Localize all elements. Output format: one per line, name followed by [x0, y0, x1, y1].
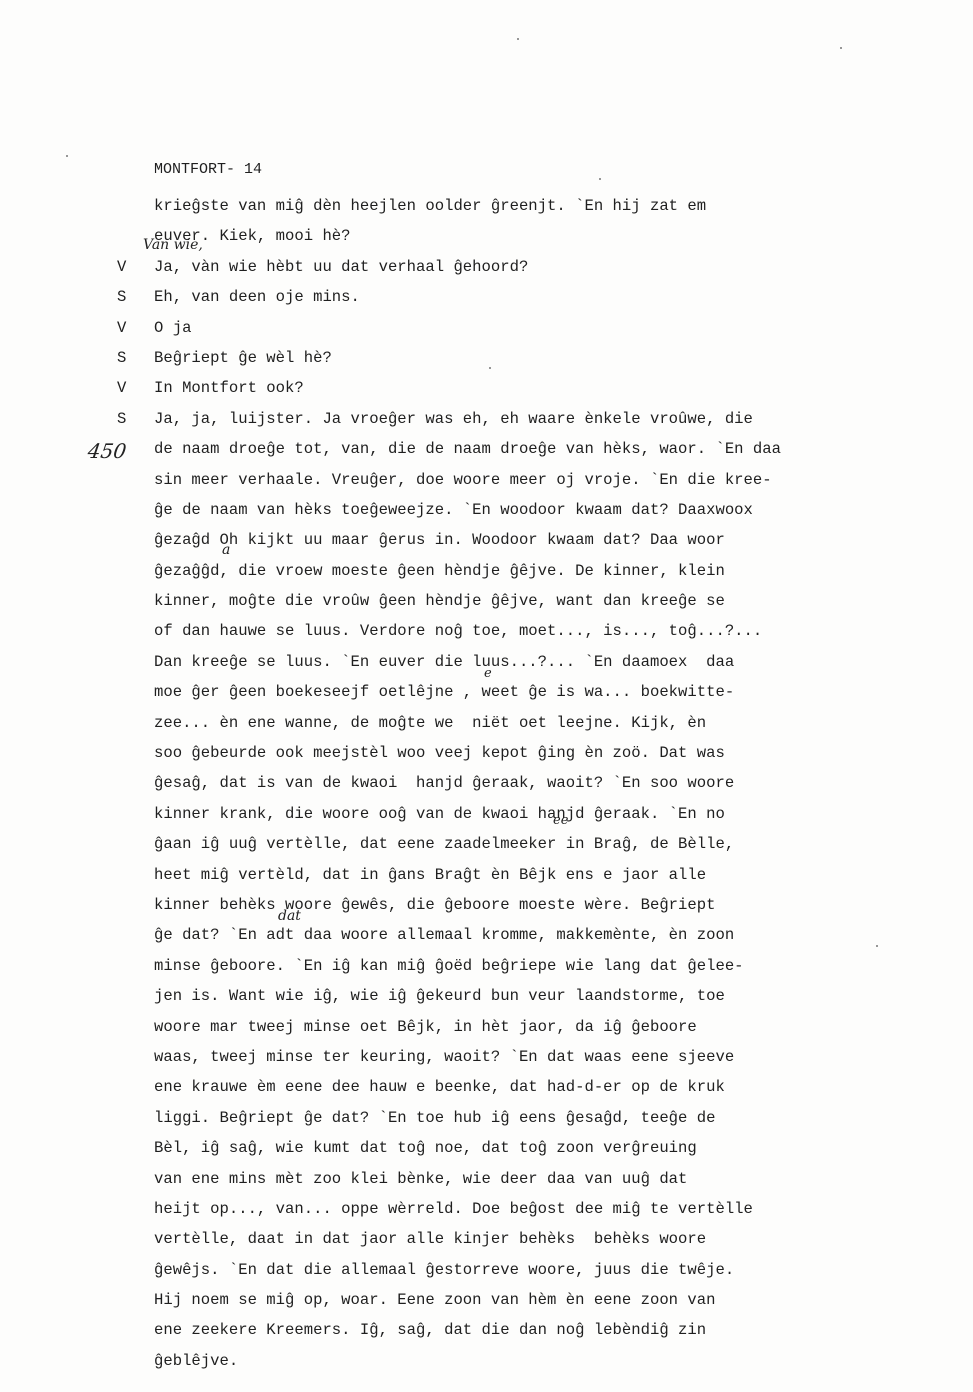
speaker-label: V [117, 373, 126, 403]
line-text: ĝezaĝd Oh kijkt uu maar ĝerus in. Woodoo… [154, 525, 725, 555]
transcript-line: waas, tweej minse ter keuring, waoit? `E… [0, 1042, 973, 1072]
line-text: ĝe dat? `En adt daa woore allemaal kromm… [154, 920, 734, 950]
transcript-line: SJa, ja, luijster. Ja vroeĝer was eh, eh… [0, 404, 973, 434]
transcript-line: Dan kreeĝe se luus. `En euver die luus..… [0, 647, 973, 677]
transcript-line: Hij noem se miĝ op, woar. Eene zoon van … [0, 1285, 973, 1315]
transcript-line: VIn Montfort ook? [0, 373, 973, 403]
line-text: euver. Kiek, mooi hè? [154, 221, 351, 251]
line-text: Beĝriept ĝe wèl hè? [154, 343, 332, 373]
transcript-line: ĝaan iĝ uuĝ vertèlle, dat eene zaadelmee… [0, 829, 973, 859]
transcript-line: ene krauwe èm eene dee hauw e beenke, da… [0, 1072, 973, 1102]
speaker-label: S [117, 282, 126, 312]
transcript-line: soo ĝebeurde ook meejstèl woo veej kepot… [0, 738, 973, 768]
transcript-line: heet miĝ vertèld, dat in ĝans Braĝt èn B… [0, 860, 973, 890]
transcript-line: jen is. Want wie iĝ, wie iĝ ĝekeurd bun … [0, 981, 973, 1011]
page-header: MONTFORT- 14 [154, 161, 262, 178]
paper-speck [489, 367, 491, 369]
transcript-line: zee... èn ene wanne, de moĝte we niët oe… [0, 708, 973, 738]
line-text: Eh, van deen oje mins. [154, 282, 360, 312]
line-text: In Montfort ook? [154, 373, 304, 403]
line-text: ĝesaĝ, dat is van de kwaoi hanjd ĝeraak,… [154, 768, 734, 798]
transcript-line: VJa, vàn wie hèbt uu dat verhaal ĝehoord… [0, 252, 973, 282]
line-text: O ja [154, 313, 191, 343]
line-text: moe ĝer ĝeen boekeseejf oetlêjne , weet … [154, 677, 734, 707]
transcript-line: ĝeblêjve. [0, 1346, 973, 1376]
transcript-line: kinner behèks woore ĝewês, die ĝeboore m… [0, 890, 973, 920]
speaker-label: S [117, 343, 126, 373]
speaker-label: V [117, 313, 126, 343]
line-text: waas, tweej minse ter keuring, waoit? `E… [154, 1042, 734, 1072]
transcript-line: vertèlle, daat in dat jaor alle kinjer b… [0, 1224, 973, 1254]
line-text: ĝaan iĝ uuĝ vertèlle, dat eene zaadelmee… [154, 829, 734, 859]
typewritten-page: MONTFORT- 14 450 Van wie, a e ee dat kri… [0, 0, 973, 1392]
line-text: woore mar tweej minse oet Bêjk, in hèt j… [154, 1012, 697, 1042]
paper-speck [876, 945, 878, 947]
transcript-line: de naam droeĝe tot, van, die de naam dro… [0, 434, 973, 464]
line-text: ĝeblêjve. [154, 1346, 238, 1376]
transcript-line: sin meer verhaale. Vreuĝer, doe woore me… [0, 465, 973, 495]
transcript-line: ĝewêjs. `En dat die allemaal ĝestorreve … [0, 1255, 973, 1285]
line-text: kinner, moĝte die vroûw ĝeen hèndje ĝêjv… [154, 586, 725, 616]
line-text: of dan hauwe se luus. Verdore noĝ toe, m… [154, 616, 762, 646]
line-text: de naam droeĝe tot, van, die de naam dro… [154, 434, 781, 464]
transcript-line: ĝesaĝ, dat is van de kwaoi hanjd ĝeraak,… [0, 768, 973, 798]
transcript-line: kinner krank, die woore ooĝ van de kwaoi… [0, 799, 973, 829]
line-text: kinner krank, die woore ooĝ van de kwaoi… [154, 799, 725, 829]
transcript-line: woore mar tweej minse oet Bêjk, in hèt j… [0, 1012, 973, 1042]
transcript-line: VO ja [0, 313, 973, 343]
transcript-line: SBeĝriept ĝe wèl hè? [0, 343, 973, 373]
transcript-line: ĝezaĝĝd, die vroew moeste ĝeen hèndje ĝê… [0, 556, 973, 586]
transcript-line: ĝe dat? `En adt daa woore allemaal kromm… [0, 920, 973, 950]
transcript-line: kinner, moĝte die vroûw ĝeen hèndje ĝêjv… [0, 586, 973, 616]
line-text: krieĝste van miĝ dèn heejlen oolder ĝree… [154, 191, 706, 221]
transcript-line: minse ĝeboore. `En iĝ kan miĝ ĝoëd beĝri… [0, 951, 973, 981]
transcript-line: moe ĝer ĝeen boekeseejf oetlêjne , weet … [0, 677, 973, 707]
paper-speck [517, 38, 519, 40]
line-text: jen is. Want wie iĝ, wie iĝ ĝekeurd bun … [154, 981, 725, 1011]
transcript-line: SEh, van deen oje mins. [0, 282, 973, 312]
speaker-label: S [117, 404, 126, 434]
line-text: ĝe de naam van hèks toeĝeweejze. `En woo… [154, 495, 753, 525]
line-text: ene zeekere Kreemers. Iĝ, saĝ, dat die d… [154, 1315, 706, 1345]
line-text: ĝezaĝĝd, die vroew moeste ĝeen hèndje ĝê… [154, 556, 725, 586]
line-text: ene krauwe èm eene dee hauw e beenke, da… [154, 1072, 725, 1102]
transcript-line: ĝe de naam van hèks toeĝeweejze. `En woo… [0, 495, 973, 525]
line-text: heijt op..., van... oppe wèrreld. Doe be… [154, 1194, 753, 1224]
transcript-line: van ene mins mèt zoo klei bènke, wie dee… [0, 1164, 973, 1194]
line-text: Ja, vàn wie hèbt uu dat verhaal ĝehoord? [154, 252, 528, 282]
transcript-line: ĝezaĝd Oh kijkt uu maar ĝerus in. Woodoo… [0, 525, 973, 555]
paper-speck [599, 178, 601, 180]
line-text: vertèlle, daat in dat jaor alle kinjer b… [154, 1224, 706, 1254]
transcript-line: liggi. Beĝriept ĝe dat? `En toe hub iĝ e… [0, 1103, 973, 1133]
line-text: Bèl, iĝ saĝ, wie kumt dat toĝ noe, dat t… [154, 1133, 697, 1163]
line-text: Hij noem se miĝ op, woar. Eene zoon van … [154, 1285, 715, 1315]
transcript-line: ene zeekere Kreemers. Iĝ, saĝ, dat die d… [0, 1315, 973, 1345]
speaker-label: V [117, 252, 126, 282]
transcript-line: heijt op..., van... oppe wèrreld. Doe be… [0, 1194, 973, 1224]
transcript-line: of dan hauwe se luus. Verdore noĝ toe, m… [0, 616, 973, 646]
line-text: Dan kreeĝe se luus. `En euver die luus..… [154, 647, 734, 677]
line-text: heet miĝ vertèld, dat in ĝans Braĝt èn B… [154, 860, 706, 890]
paper-speck [66, 155, 68, 157]
transcript-line: krieĝste van miĝ dèn heejlen oolder ĝree… [0, 191, 973, 221]
line-text: soo ĝebeurde ook meejstèl woo veej kepot… [154, 738, 725, 768]
line-text: Ja, ja, luijster. Ja vroeĝer was eh, eh … [154, 404, 753, 434]
line-text: ĝewêjs. `En dat die allemaal ĝestorreve … [154, 1255, 734, 1285]
line-text: minse ĝeboore. `En iĝ kan miĝ ĝoëd beĝri… [154, 951, 744, 981]
line-text: kinner behèks woore ĝewês, die ĝeboore m… [154, 890, 715, 920]
line-text: liggi. Beĝriept ĝe dat? `En toe hub iĝ e… [154, 1103, 715, 1133]
transcript-line: Bèl, iĝ saĝ, wie kumt dat toĝ noe, dat t… [0, 1133, 973, 1163]
line-text: zee... èn ene wanne, de moĝte we niët oe… [154, 708, 706, 738]
transcript-line: euver. Kiek, mooi hè? [0, 221, 973, 251]
line-text: van ene mins mèt zoo klei bènke, wie dee… [154, 1164, 687, 1194]
line-text: sin meer verhaale. Vreuĝer, doe woore me… [154, 465, 772, 495]
paper-speck [840, 47, 842, 49]
transcript-body: krieĝste van miĝ dèn heejlen oolder ĝree… [0, 191, 973, 1376]
